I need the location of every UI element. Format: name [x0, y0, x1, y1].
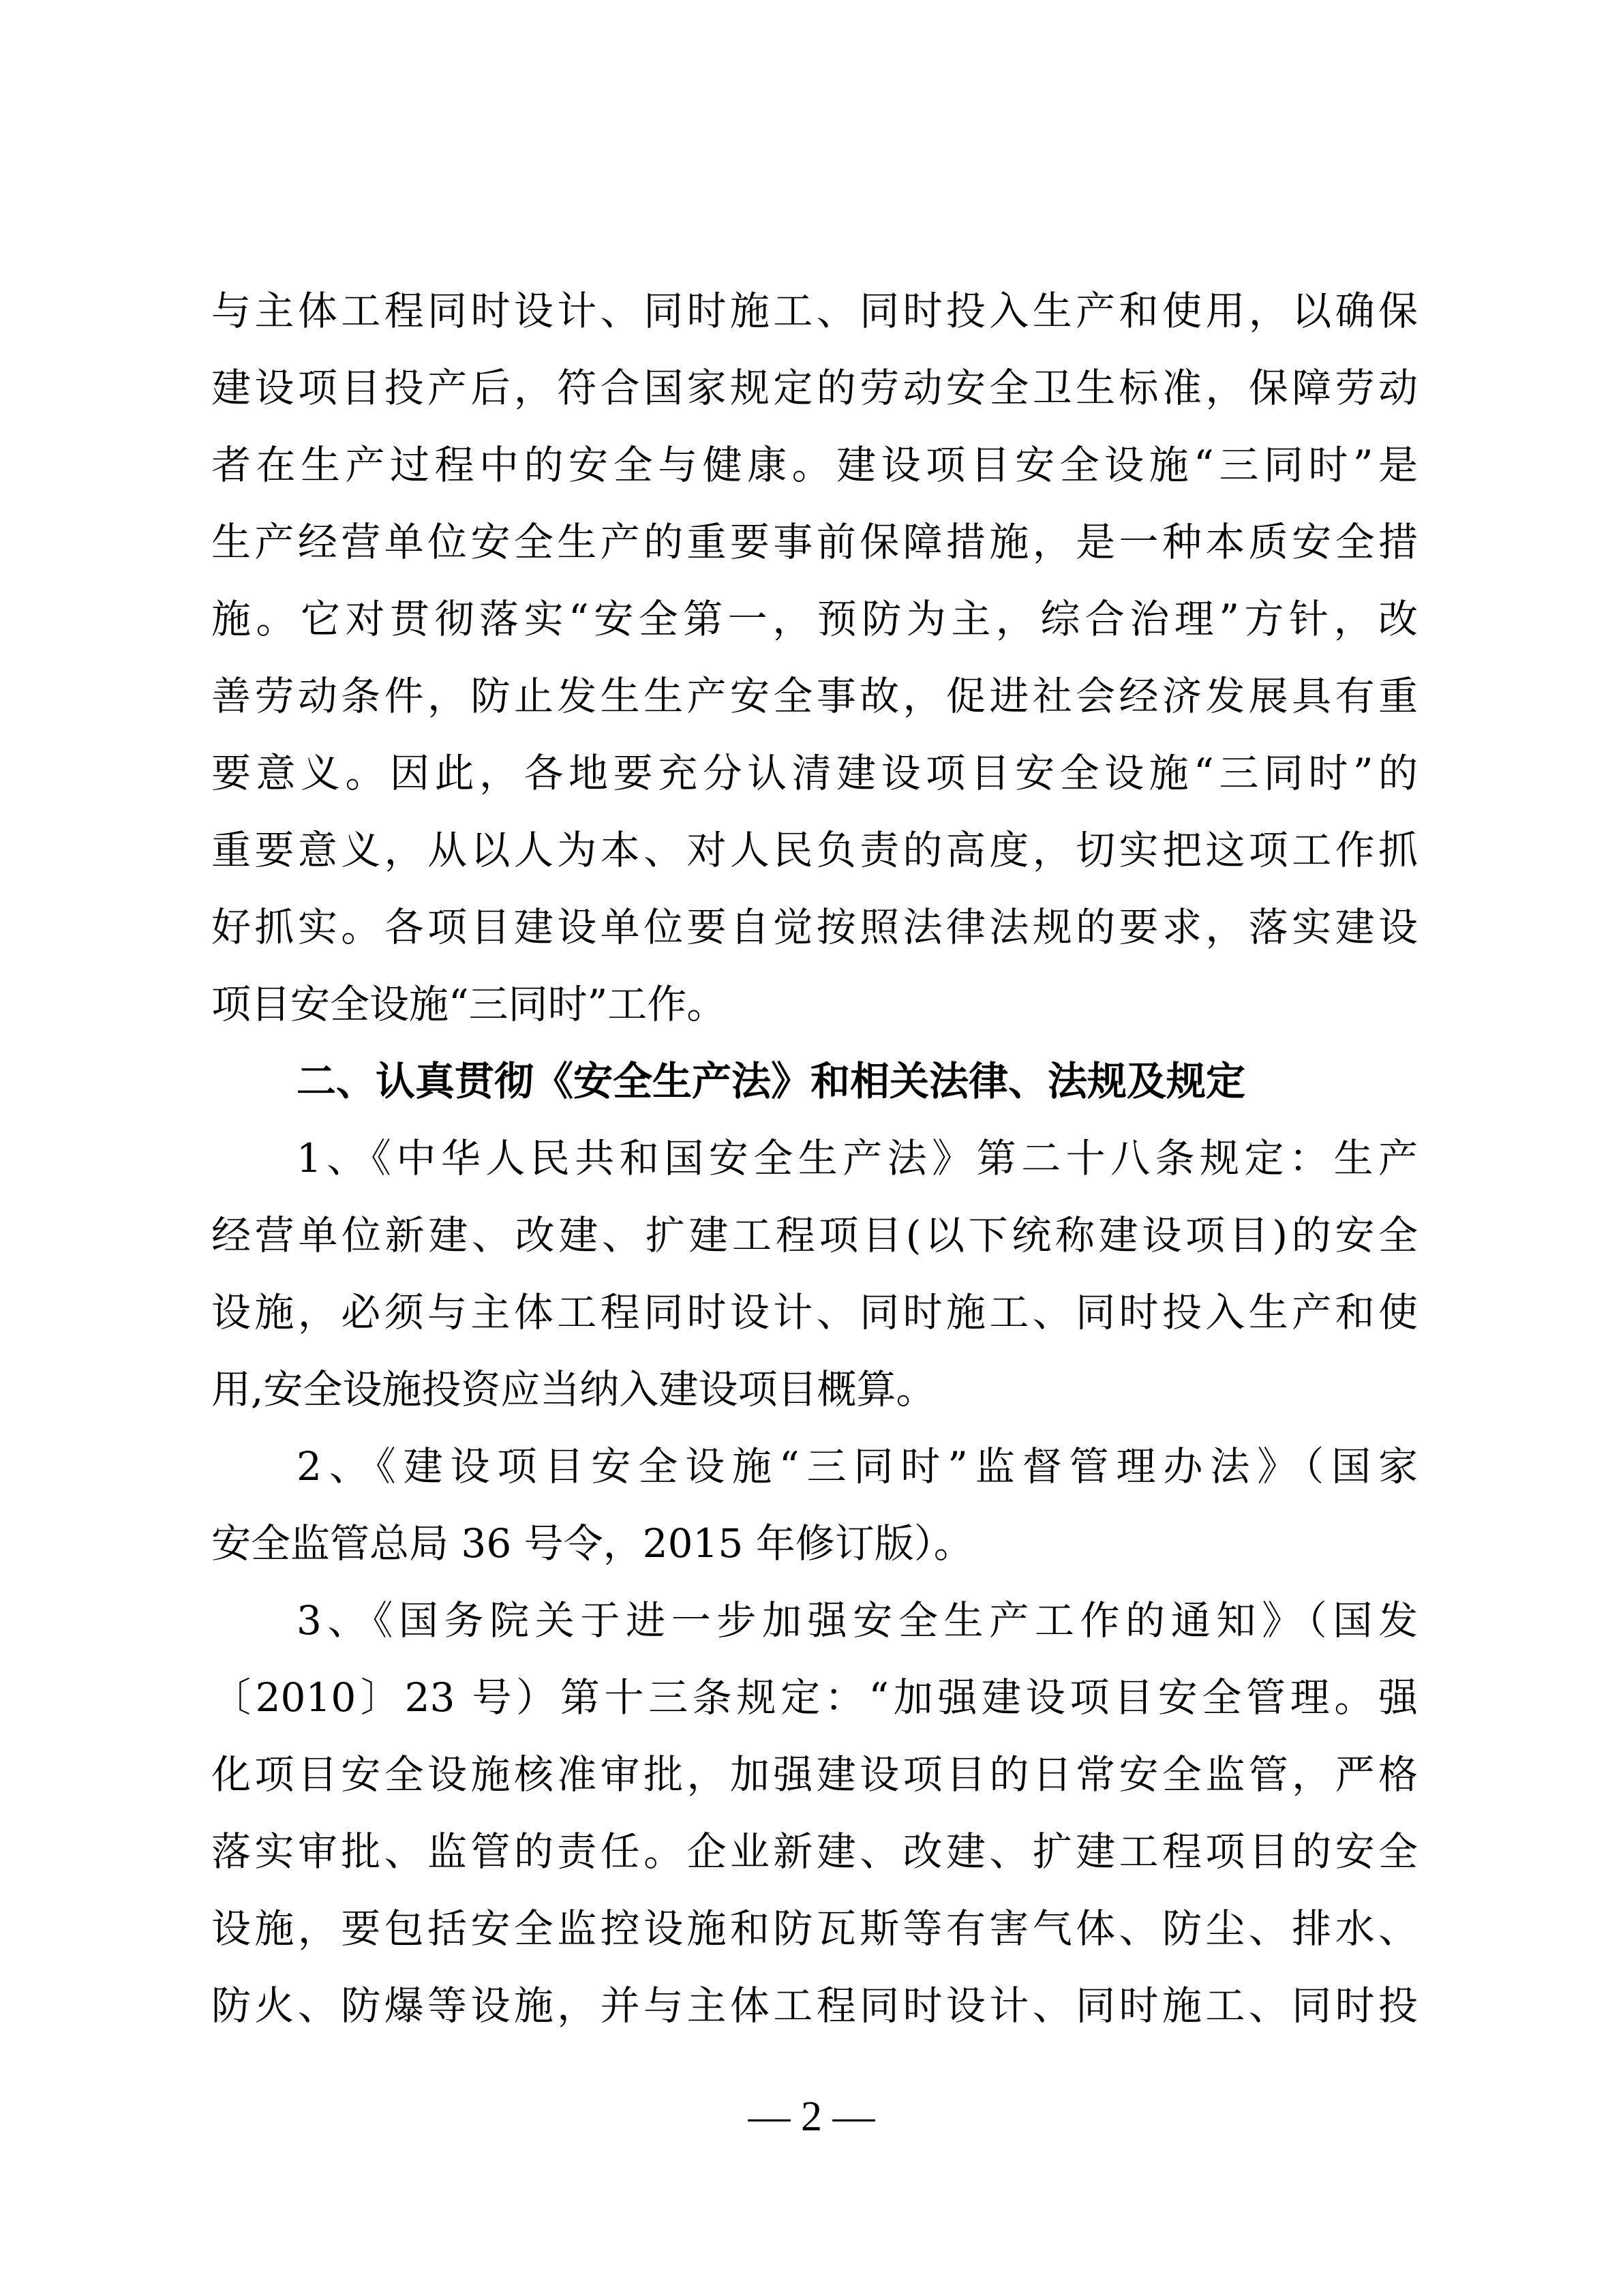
- text-line: 项目安全设施“三同时”工作。: [211, 966, 1418, 1043]
- text-line: 建设项目投产后，符合国家规定的劳动安全卫生标准，保障劳动: [211, 350, 1418, 427]
- text-line: 善劳动条件，防止发生生产安全事故，促进社会经济发展具有重: [211, 658, 1418, 735]
- paragraph-item-1: 1、《中华人民共和国安全生产法》第二十八条规定：生产 经营单位新建、改建、扩建工…: [211, 1120, 1418, 1428]
- text-line: 1、《中华人民共和国安全生产法》第二十八条规定：生产: [211, 1120, 1418, 1197]
- text-line: 化项目安全设施核准审批，加强建设项目的日常安全监管，严格: [211, 1736, 1418, 1813]
- text-line: 经营单位新建、改建、扩建工程项目(以下统称建设项目)的安全: [211, 1197, 1418, 1274]
- text-line: 安全监管总局 36 号令，2015 年修订版）。: [211, 1505, 1418, 1582]
- text-line: 与主体工程同时设计、同时施工、同时投入生产和使用，以确保: [211, 273, 1418, 350]
- paragraph-item-3: 3、《国务院关于进一步加强安全生产工作的通知》（国发 〔2010〕23 号）第十…: [211, 1582, 1418, 2044]
- text-line: 生产经营单位安全生产的重要事前保障措施，是一种本质安全措: [211, 504, 1418, 581]
- heading-line: 二、认真贯彻《安全生产法》和相关法律、法规及规定: [211, 1043, 1418, 1120]
- text-line: 防火、防爆等设施，并与主体工程同时设计、同时施工、同时投: [211, 1967, 1418, 2044]
- document-page: 与主体工程同时设计、同时施工、同时投入生产和使用，以确保 建设项目投产后，符合国…: [211, 273, 1418, 2044]
- text-line: 好抓实。各项目建设单位要自觉按照法律法规的要求，落实建设: [211, 889, 1418, 966]
- text-line: 用,安全设施投资应当纳入建设项目概算。: [211, 1351, 1418, 1428]
- text-line: 施。它对贯彻落实“安全第一，预防为主，综合治理”方针，改: [211, 581, 1418, 658]
- text-line: 设施，必须与主体工程同时设计、同时施工、同时投入生产和使: [211, 1274, 1418, 1351]
- text-line: 设施，要包括安全监控设施和防瓦斯等有害气体、防尘、排水、: [211, 1890, 1418, 1967]
- text-line: 重要意义，从以人为本、对人民负责的高度，切实把这项工作抓: [211, 812, 1418, 889]
- paragraph-intro: 与主体工程同时设计、同时施工、同时投入生产和使用，以确保 建设项目投产后，符合国…: [211, 273, 1418, 1043]
- text-line: 落实审批、监管的责任。企业新建、改建、扩建工程项目的安全: [211, 1813, 1418, 1890]
- text-line: 者在生产过程中的安全与健康。建设项目安全设施“三同时”是: [211, 427, 1418, 504]
- paragraph-item-2: 2、《建设项目安全设施“三同时”监督管理办法》（国家 安全监管总局 36 号令，…: [211, 1428, 1418, 1582]
- page-number: — 2 —: [0, 2093, 1623, 2141]
- text-line: 2、《建设项目安全设施“三同时”监督管理办法》（国家: [211, 1428, 1418, 1505]
- section-heading: 二、认真贯彻《安全生产法》和相关法律、法规及规定: [211, 1043, 1418, 1120]
- text-line: 3、《国务院关于进一步加强安全生产工作的通知》（国发: [211, 1582, 1418, 1659]
- text-line: 〔2010〕23 号）第十三条规定：“加强建设项目安全管理。强: [211, 1659, 1418, 1736]
- text-line: 要意义。因此，各地要充分认清建设项目安全设施“三同时”的: [211, 735, 1418, 812]
